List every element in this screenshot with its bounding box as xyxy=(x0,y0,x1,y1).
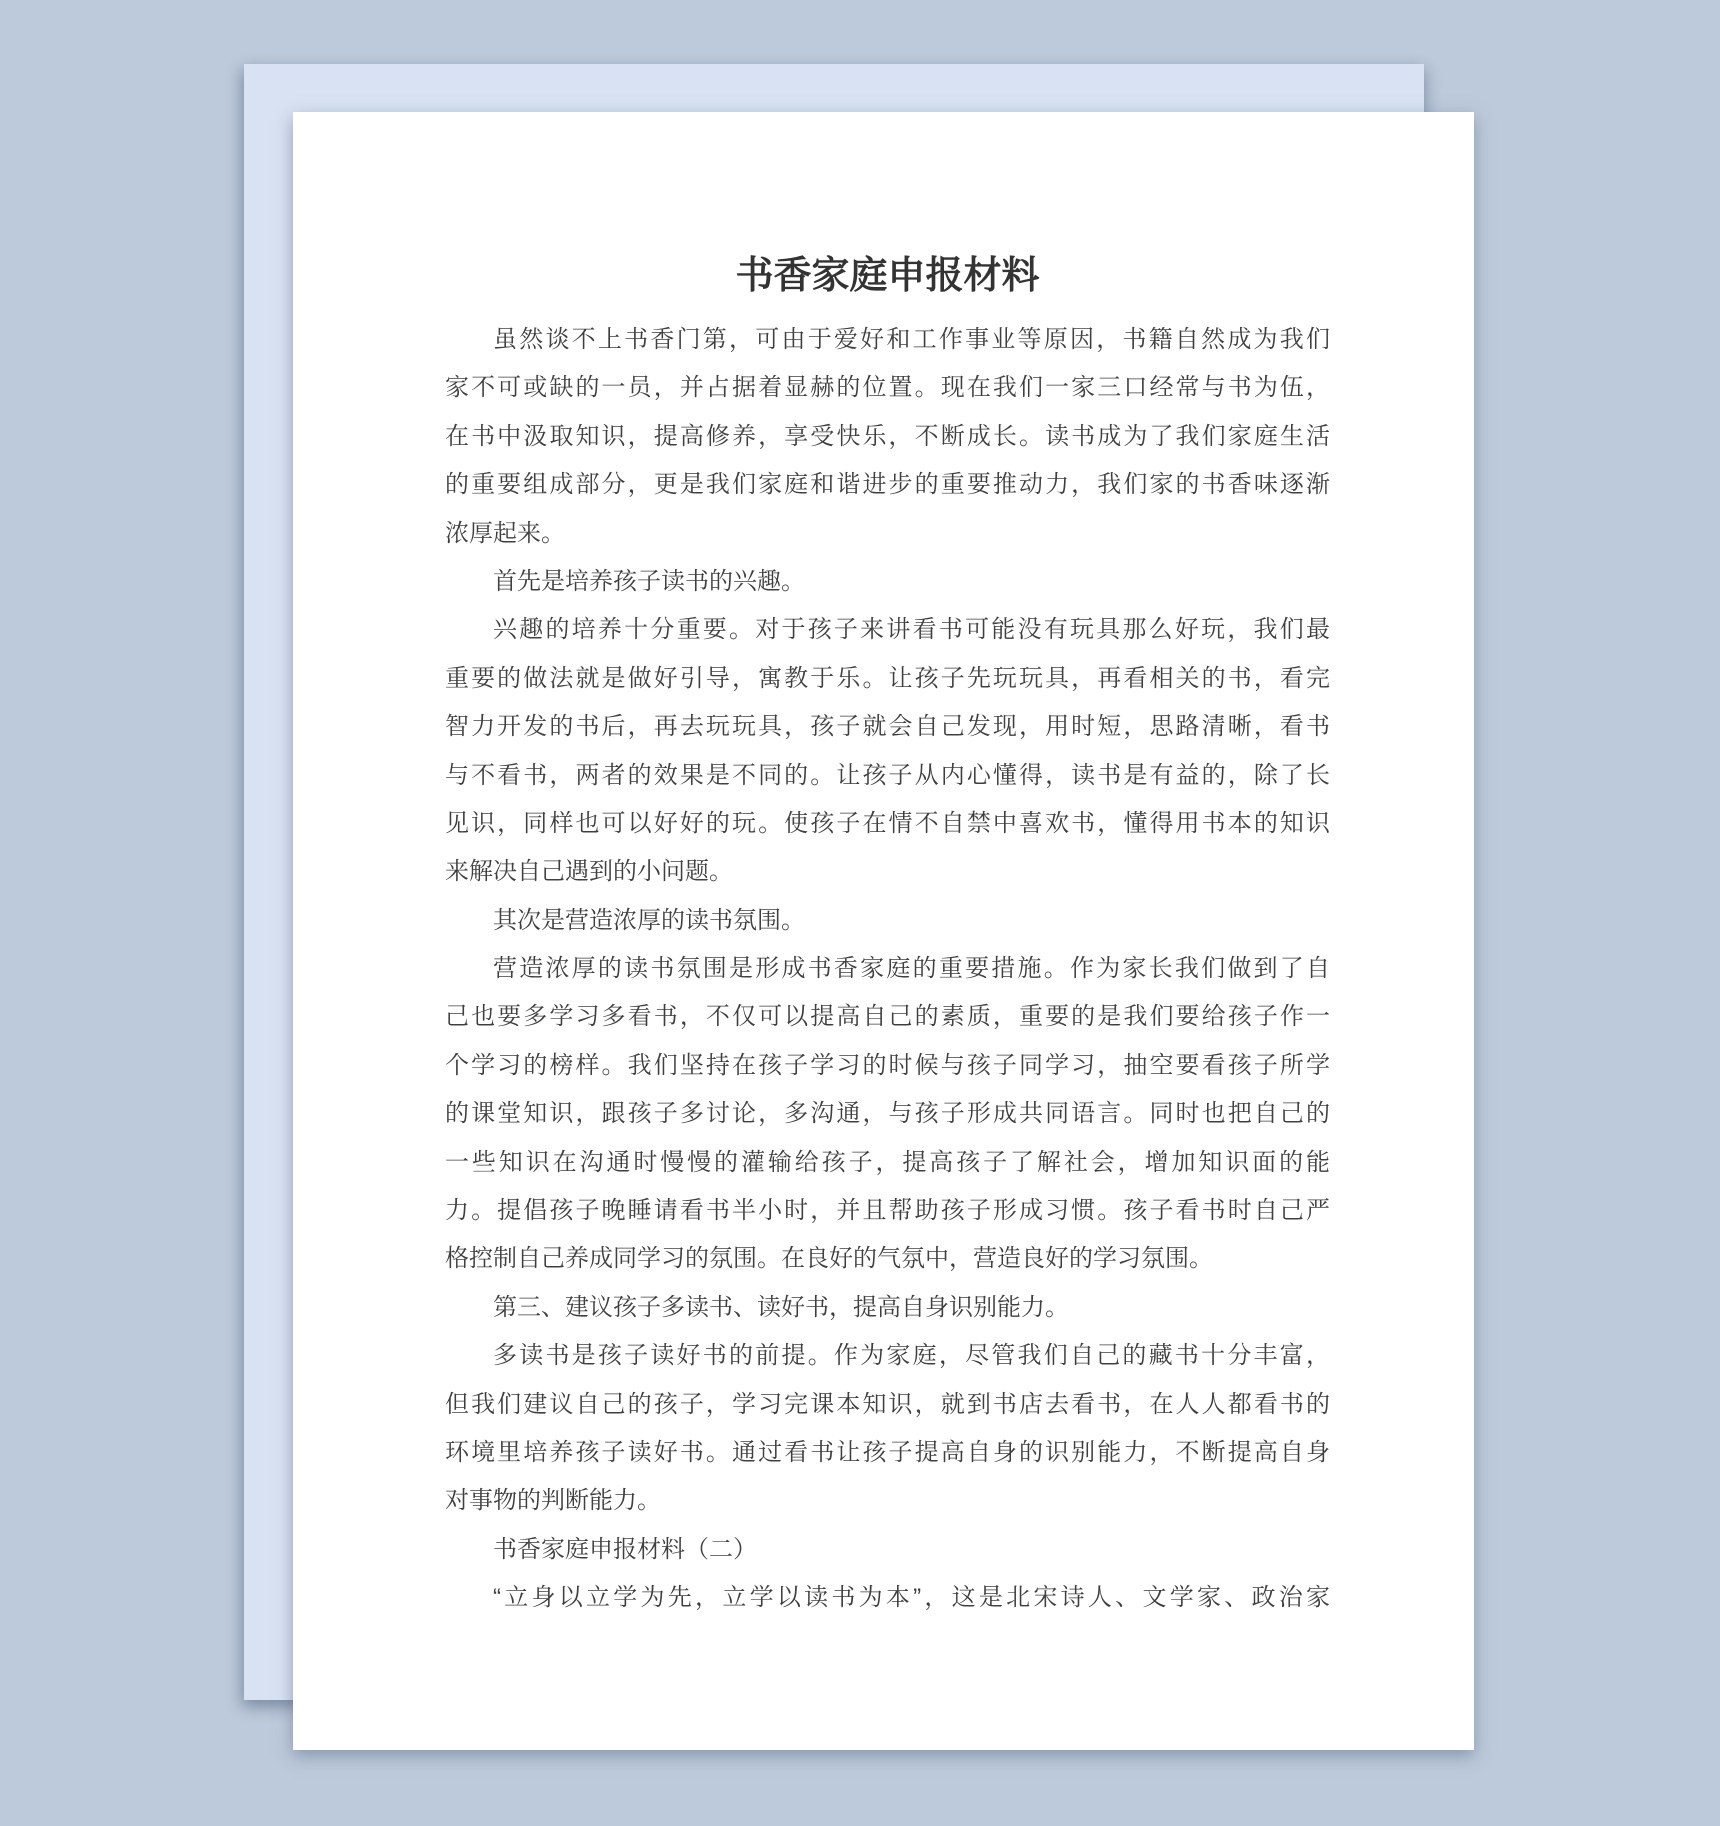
text-line: 己也要多学习多看书，不仅可以提高自己的素质，重要的是我们要给孩子作一 xyxy=(445,993,1330,1041)
text-line: 但我们建议自己的孩子，学习完课本知识，就到书店去看书，在人人都看书的 xyxy=(445,1381,1330,1429)
text-line: 家不可或缺的一员，并占据着显赫的位置。现在我们一家三口经常与书为伍， xyxy=(445,364,1330,412)
text-line: 多读书是孩子读好书的前提。作为家庭，尽管我们自己的藏书十分丰富， xyxy=(445,1332,1330,1380)
desktop-background: 书香家庭申报材料 虽然谈不上书香门第，可由于爱好和工作事业等原因，书籍自然成为我… xyxy=(0,0,1720,1826)
text-line: 营造浓厚的读书氛围是形成书香家庭的重要措施。作为家长我们做到了自 xyxy=(445,945,1330,993)
text-line: 书香家庭申报材料（二） xyxy=(445,1526,1330,1574)
text-line: 首先是培养孩子读书的兴趣。 xyxy=(445,558,1330,606)
text-line: 在书中汲取知识，提高修养，享受快乐，不断成长。读书成为了我们家庭生活 xyxy=(445,413,1330,461)
document-title: 书香家庭申报材料 xyxy=(445,252,1330,300)
text-line: 力。提倡孩子晚睡请看书半小时，并且帮助孩子形成习惯。孩子看书时自己严 xyxy=(445,1187,1330,1235)
text-line: 第三、建议孩子多读书、读好书，提高自身识别能力。 xyxy=(445,1284,1330,1332)
text-line: “立身以立学为先，立学以读书为本”，这是北宋诗人、文学家、政治家 xyxy=(445,1574,1330,1622)
text-line: 对事物的判断能力。 xyxy=(445,1477,1330,1525)
text-line: 格控制自己养成同学习的氛围。在良好的气氛中，营造良好的学习氛围。 xyxy=(445,1235,1330,1283)
text-line: 兴趣的培养十分重要。对于孩子来讲看书可能没有玩具那么好玩，我们最 xyxy=(445,606,1330,654)
document-page: 书香家庭申报材料 虽然谈不上书香门第，可由于爱好和工作事业等原因，书籍自然成为我… xyxy=(293,112,1474,1750)
text-line: 与不看书，两者的效果是不同的。让孩子从内心懂得，读书是有益的，除了长 xyxy=(445,752,1330,800)
text-line: 见识，同样也可以好好的玩。使孩子在情不自禁中喜欢书，懂得用书本的知识 xyxy=(445,800,1330,848)
text-line: 环境里培养孩子读好书。通过看书让孩子提高自身的识别能力，不断提高自身 xyxy=(445,1429,1330,1477)
text-line: 的课堂知识，跟孩子多讨论，多沟通，与孩子形成共同语言。同时也把自己的 xyxy=(445,1090,1330,1138)
text-line: 个学习的榜样。我们坚持在孩子学习的时候与孩子同学习，抽空要看孩子所学 xyxy=(445,1042,1330,1090)
text-line: 智力开发的书后，再去玩玩具，孩子就会自己发现，用时短，思路清晰，看书 xyxy=(445,703,1330,751)
document-body: 虽然谈不上书香门第，可由于爱好和工作事业等原因，书籍自然成为我们家不可或缺的一员… xyxy=(445,316,1330,1623)
text-line: 浓厚起来。 xyxy=(445,510,1330,558)
text-line: 重要的做法就是做好引导，寓教于乐。让孩子先玩玩具，再看相关的书，看完 xyxy=(445,655,1330,703)
text-line: 其次是营造浓厚的读书氛围。 xyxy=(445,897,1330,945)
text-line: 的重要组成部分，更是我们家庭和谐进步的重要推动力，我们家的书香味逐渐 xyxy=(445,461,1330,509)
text-line: 一些知识在沟通时慢慢的灌输给孩子，提高孩子了解社会，增加知识面的能 xyxy=(445,1139,1330,1187)
text-line: 来解决自己遇到的小问题。 xyxy=(445,848,1330,896)
text-line: 虽然谈不上书香门第，可由于爱好和工作事业等原因，书籍自然成为我们 xyxy=(445,316,1330,364)
